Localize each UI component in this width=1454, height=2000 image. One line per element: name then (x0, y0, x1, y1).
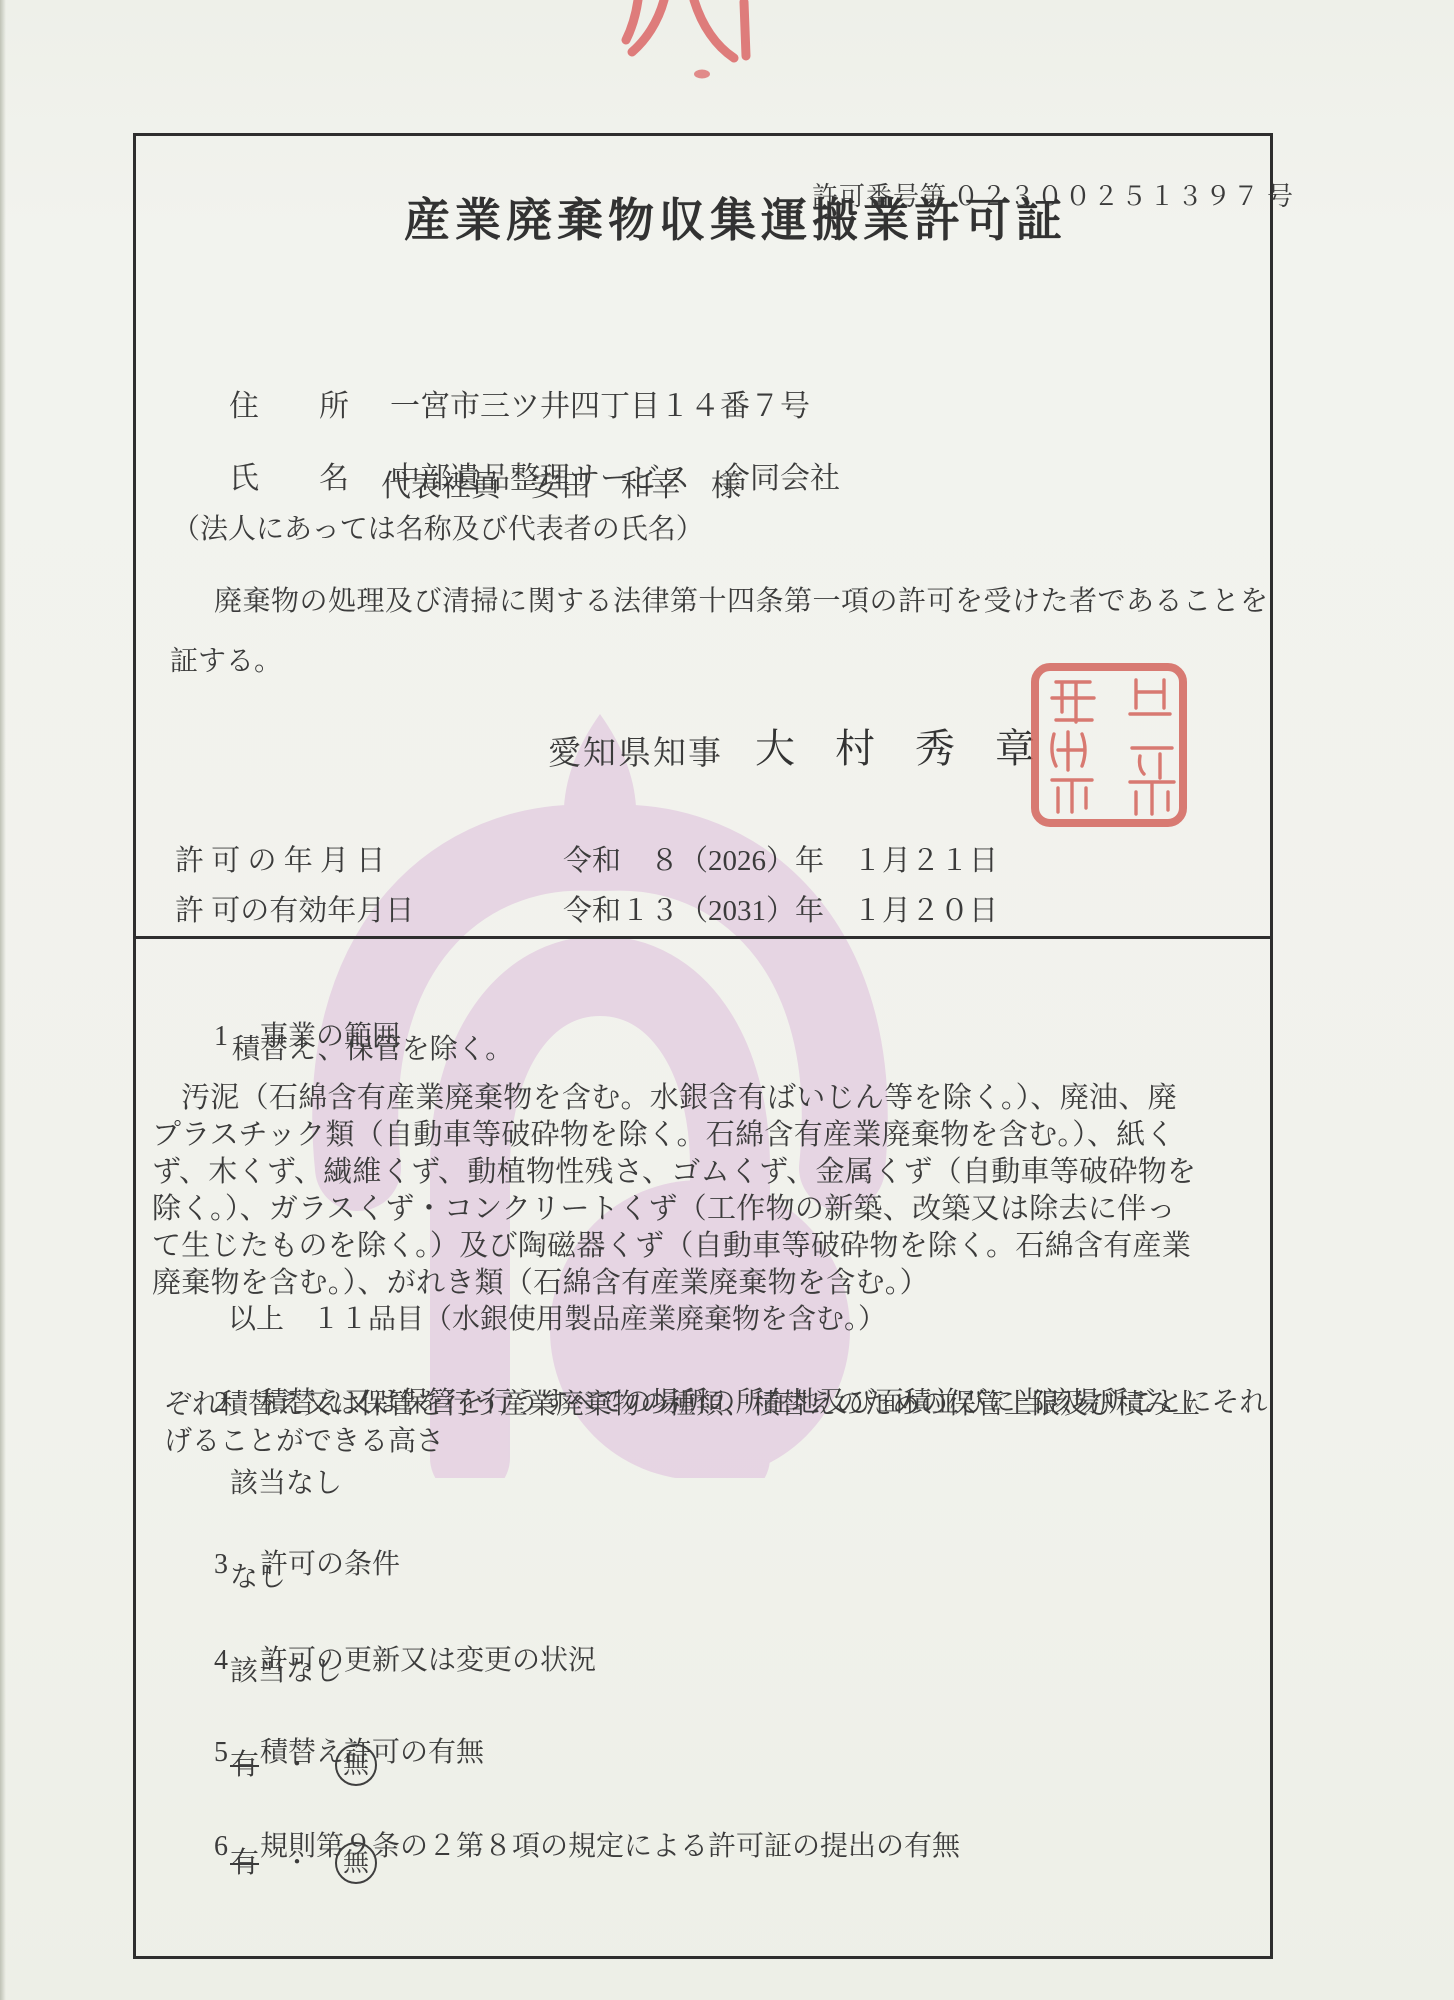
item3-answer: なし (230, 1560, 286, 1595)
waste-line: 除く。）、ガラスくず・コンクリートくず（工作物の新築、改築又は除去に伴っ (152, 1191, 1176, 1227)
item5-choice-no-circled: 無 (335, 1744, 377, 1786)
waste-line: 汚泥（石綿含有産業廃棄物を含む。水銀含有ばいじん等を除く。）、廃油、廃 (181, 1080, 1177, 1116)
corporate-note-line: （法人にあっては名称及び代表者の氏名） (172, 512, 704, 547)
waste-line: ず、木くず、繊維くず、動植物性残さ、ゴムくず、金属くず（自動車等破砕物を (152, 1154, 1196, 1190)
permit-number-suffix: 号 (1267, 182, 1294, 211)
item5-choice-separator: ・ (285, 1750, 309, 1780)
red-stamp-partial-icon (612, 0, 772, 90)
waste-line: 廃棄物を含む。）、がれき類（石綿含有産業廃棄物を含む。） (152, 1265, 929, 1301)
address-value: 一宮市三ツ井四丁目１４番７号 (390, 390, 810, 423)
item3-row: 3許可の条件 (186, 1512, 400, 1617)
item2-answer: 該当なし (230, 1466, 342, 1501)
item6-choice-separator: ・ (285, 1848, 309, 1878)
item5-choice-row: 有 ・ 無 (230, 1744, 377, 1786)
item6-choice-yes-struck: 有 (230, 1845, 259, 1881)
certification-line2: 証する。 (170, 644, 282, 679)
certification-line1: 廃棄物の処理及び清掃に関する法律第十四条第一項の許可を受けた者であることを (214, 584, 1269, 619)
governor-title: 愛知県知事 (548, 734, 723, 775)
item6-choice-no-circled: 無 (335, 1842, 377, 1884)
grant-date-label: 許 可 の 年 月 日 (175, 843, 385, 879)
waste-line: プラスチック類（自動車等破砕物を除く。石綿含有産業廃棄物を含む。）、紙く (152, 1117, 1175, 1153)
name-label: 氏 名 (229, 462, 349, 495)
item1-scope-note: 積替え、保管を除く。 (232, 1032, 513, 1067)
valid-date-label: 許 可の有効年月日 (175, 893, 414, 929)
scan-left-edge (0, 0, 6, 2000)
item6-choice-row: 有 ・ 無 (230, 1842, 377, 1884)
document-title: 産業廃棄物収集運搬業許可証 (404, 192, 1067, 250)
address-label: 住 所 (229, 390, 349, 423)
item5-choice-yes-struck: 有 (230, 1747, 259, 1783)
item4-answer: 該当なし (230, 1654, 342, 1689)
item2-line2: ぞれ積替え又は保管を行う産業廃棄物の種類、積替えのための保管上限及び積み上 (164, 1387, 1200, 1422)
governor-official-seal (1028, 660, 1190, 830)
waste-line: て生じたものを除く。）及び陶磁器くず（自動車等破砕物を除く。石綿含有産業 (152, 1228, 1191, 1264)
waste-total-line: 以上 １１品目（水銀使用製品産業廃棄物を含む。） (228, 1302, 886, 1337)
valid-date-value: 令和１３（2031）年 １月２０日 (563, 893, 998, 929)
representative-line: 代表社員 安田 和幸 様 (381, 468, 741, 506)
governor-name: 大 村 秀 章 (755, 724, 1035, 774)
grant-date-value: 令和 ８（2026）年 １月２１日 (563, 843, 998, 879)
permit-document-scan: 許可番号第０２３００２５１３９７号 産業廃棄物収集運搬業許可証 住 所一宮市三ツ… (0, 0, 1454, 2000)
item2-line3: げることができる高さ (164, 1424, 444, 1459)
